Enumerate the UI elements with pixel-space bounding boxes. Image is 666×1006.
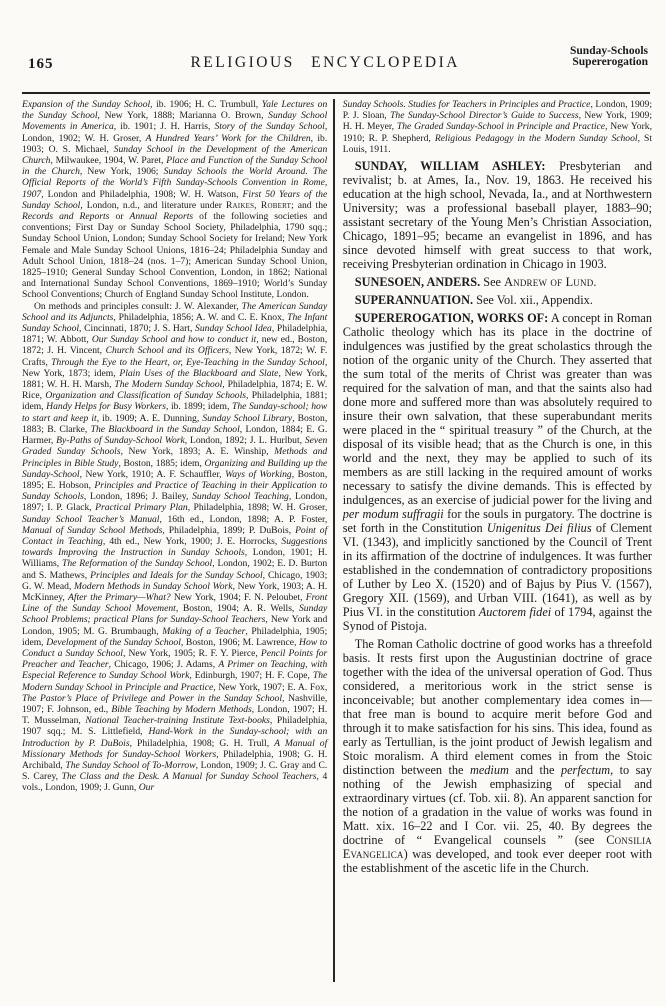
bibliography-continuation-paragraph: Expansion of the Sunday School, ib. 1906… bbox=[22, 99, 327, 301]
running-head-line2: Supererogation bbox=[570, 57, 648, 68]
entry-supererogation-works-of: SUPEREROGATION, WORKS OF: A concept in R… bbox=[343, 311, 652, 633]
entry-supererogation-threefold-basis: The Roman Catholic doctrine of good work… bbox=[343, 637, 652, 875]
left-column: Expansion of the Sunday School, ib. 1906… bbox=[22, 99, 333, 982]
entry-sunday-william-ashley: SUNDAY, WILLIAM ASHLEY: Presbyterian and… bbox=[343, 159, 652, 271]
entry-superannuation: SUPERANNUATION. See Vol. xii., Appendix. bbox=[343, 293, 652, 307]
page-title: RELIGIOUS ENCYCLOPEDIA bbox=[190, 54, 460, 72]
running-head: Sunday-Schools Supererogation bbox=[570, 46, 648, 68]
header-rule bbox=[22, 92, 650, 94]
page-header: 165 RELIGIOUS ENCYCLOPEDIA Sunday-School… bbox=[24, 44, 648, 88]
encyclopedia-page: 165 RELIGIOUS ENCYCLOPEDIA Sunday-School… bbox=[0, 0, 666, 1006]
entry-sunesoen-anders: SUNESOEN, ANDERS. See Andrew of Lund. bbox=[343, 275, 652, 289]
bibliography-continuation-paragraph: Sunday Schools. Studies for Teachers in … bbox=[343, 99, 652, 155]
bibliography-methods-paragraph: On methods and principles consult: J. W.… bbox=[22, 301, 327, 794]
page-number: 165 bbox=[28, 56, 54, 73]
right-column: Sunday Schools. Studies for Teachers in … bbox=[335, 99, 652, 982]
text-columns: Expansion of the Sunday School, ib. 1906… bbox=[22, 99, 652, 982]
